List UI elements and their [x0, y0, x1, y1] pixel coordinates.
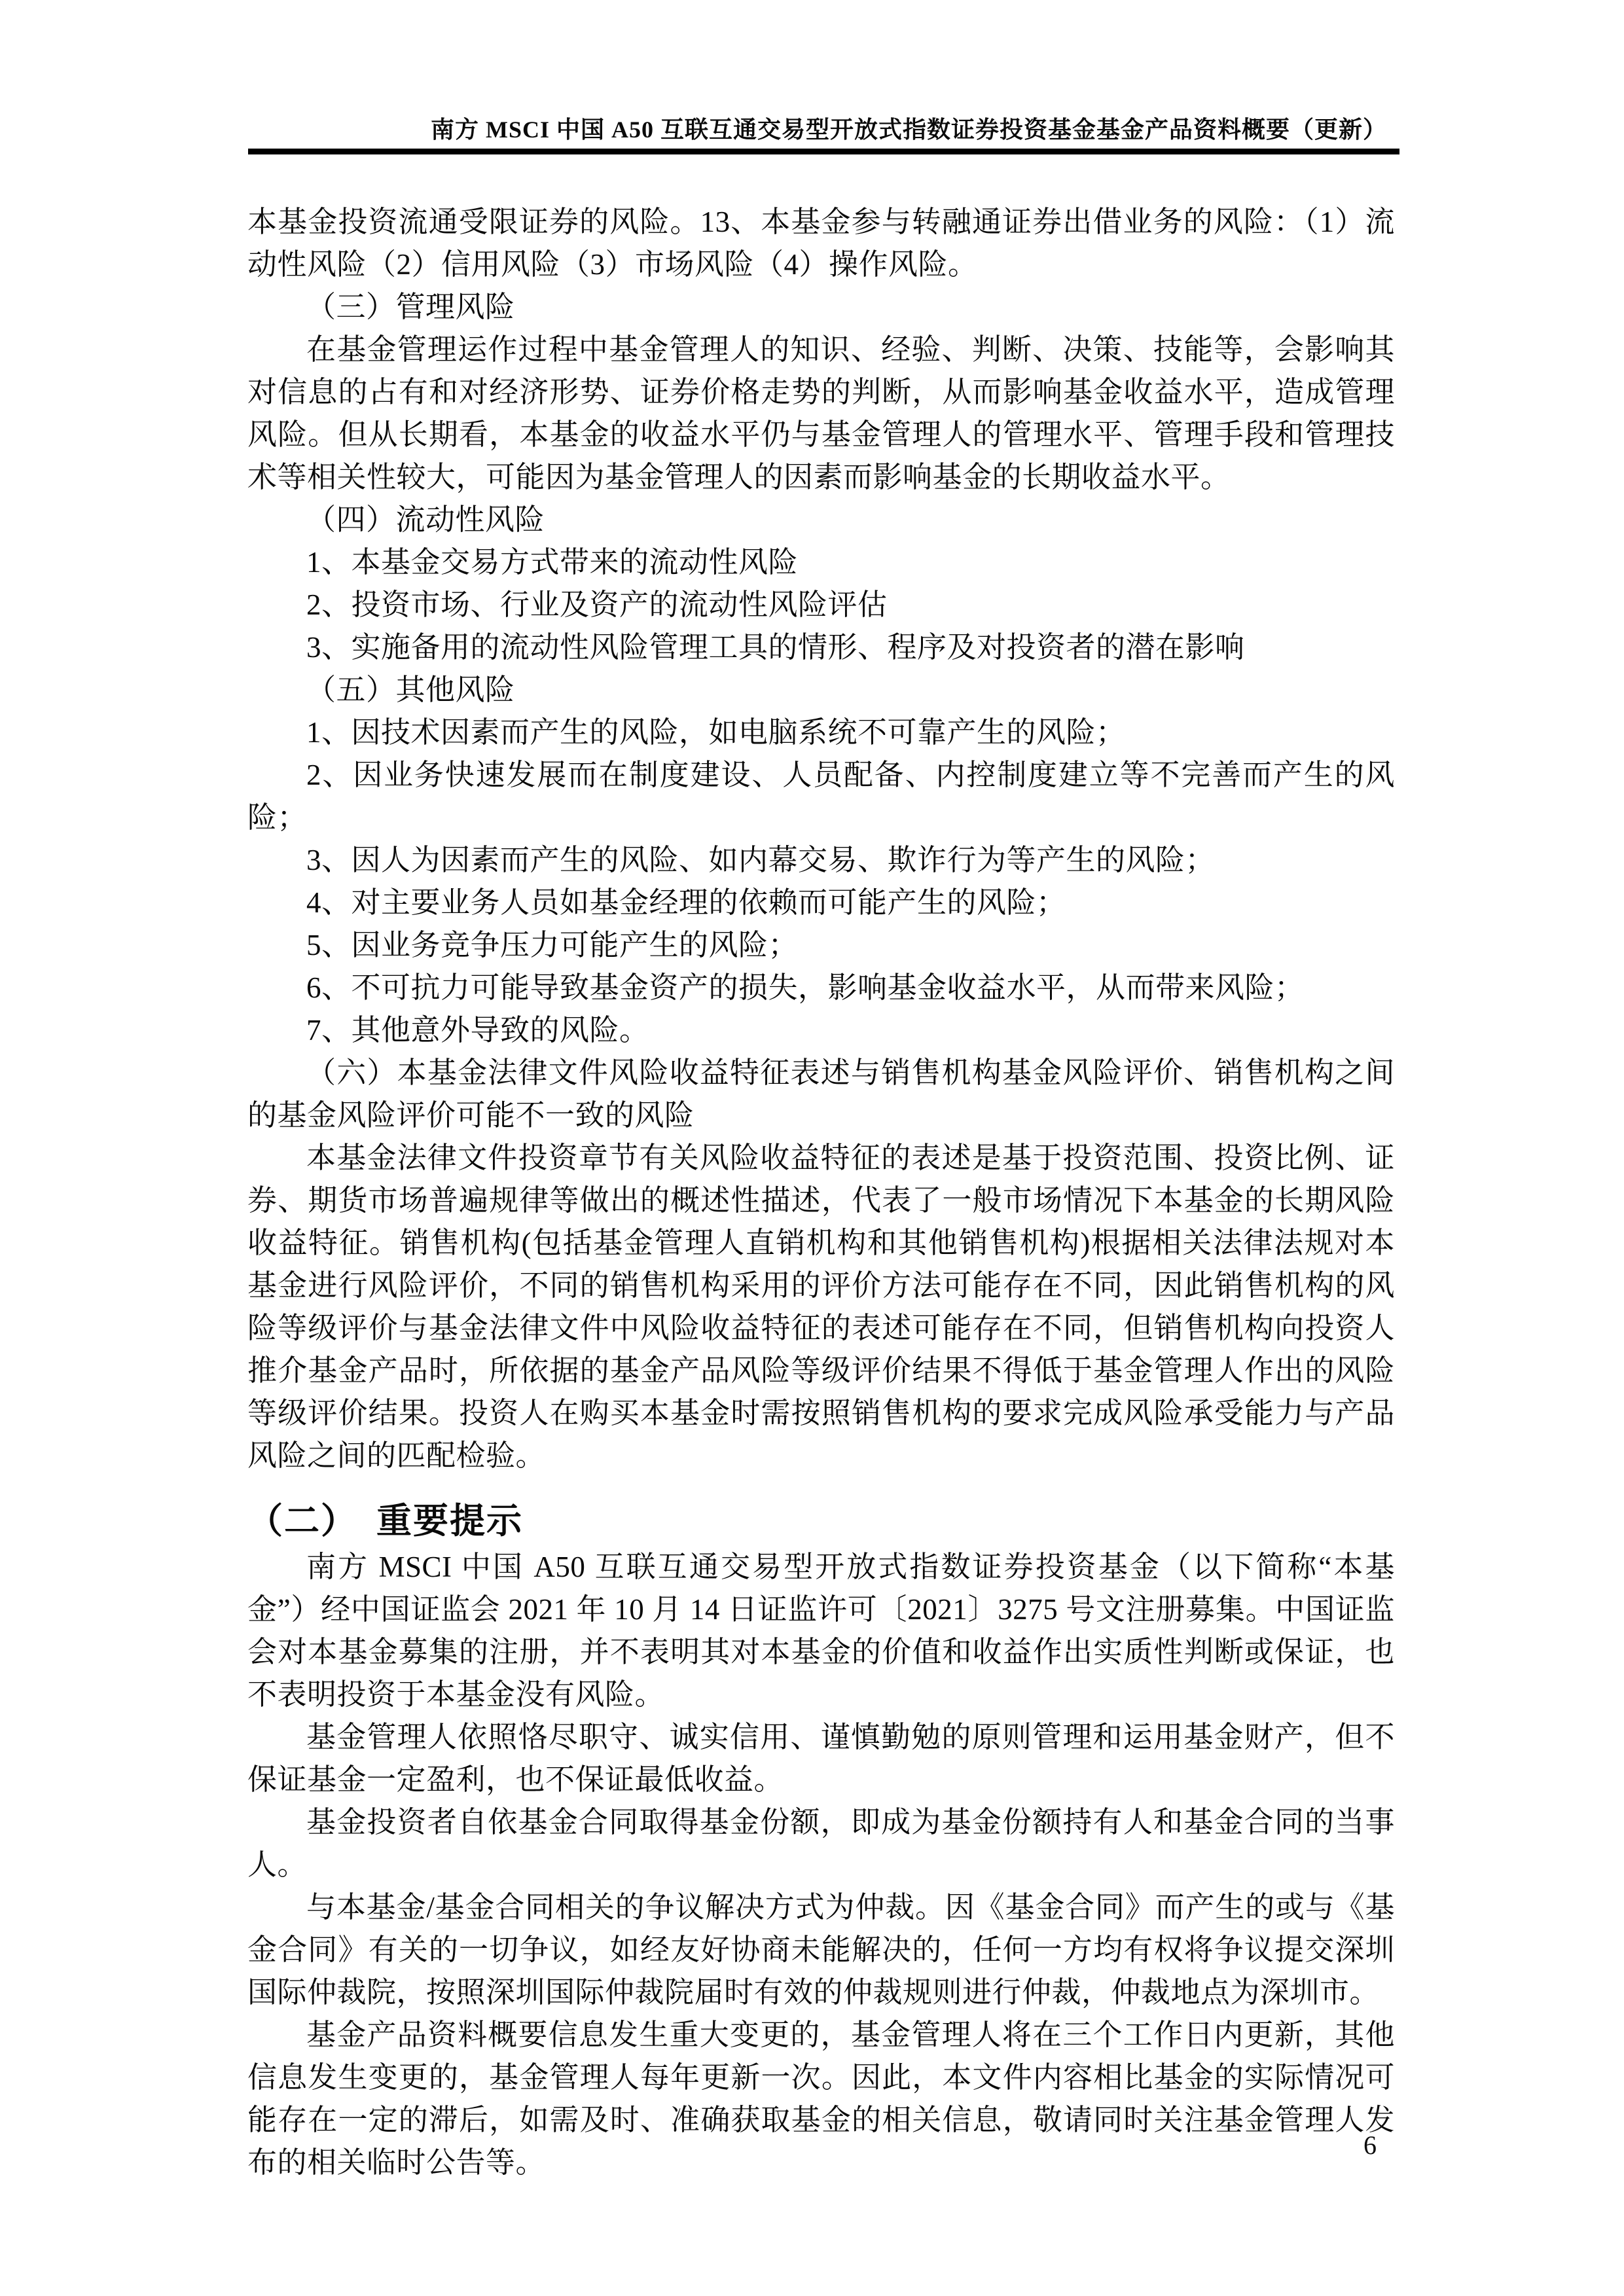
list-item: 3、因人为因素而产生的风险、如内幕交易、欺诈行为等产生的风险； [247, 839, 1395, 882]
body-paragraph: 基金投资者自依基金合同取得基金份额，即成为基金份额持有人和基金合同的当事人。 [247, 1801, 1395, 1886]
body-paragraph-continuation: 本基金投资流通受限证券的风险。13、本基金参与转融通证券出借业务的风险：（1）流… [247, 201, 1395, 286]
subheading-risk-3: （三）管理风险 [247, 286, 1395, 329]
list-item: 2、投资市场、行业及资产的流动性风险评估 [247, 584, 1395, 626]
list-item: 3、实施备用的流动性风险管理工具的情形、程序及对投资者的潜在影响 [247, 626, 1395, 669]
subheading-risk-4: （四）流动性风险 [247, 499, 1395, 541]
list-item: 1、本基金交易方式带来的流动性风险 [247, 541, 1395, 584]
list-item: 5、因业务竞争压力可能产生的风险； [247, 924, 1395, 967]
section-heading-important-notice: （二） 重要提示 [247, 1497, 1395, 1546]
list-item: 2、因业务快速发展而在制度建设、人员配备、内控制度建立等不完善而产生的风险； [247, 754, 1395, 839]
header-divider-rule [248, 149, 1399, 154]
list-item: 6、不可抗力可能导致基金资产的损失，影响基金收益水平，从而带来风险； [247, 967, 1395, 1009]
body-paragraph: 本基金法律文件投资章节有关风险收益特征的表述是基于投资范围、投资比例、证券、期货… [247, 1137, 1395, 1477]
subheading-risk-5: （五）其他风险 [247, 669, 1395, 711]
list-item: 7、其他意外导致的风险。 [247, 1009, 1395, 1052]
list-item: 1、因技术因素而产生的风险，如电脑系统不可靠产生的风险； [247, 711, 1395, 754]
body-paragraph: 基金管理人依照恪尽职守、诚实信用、谨慎勤勉的原则管理和运用基金财产，但不保证基金… [247, 1716, 1395, 1801]
document-header-title: 南方 MSCI 中国 A50 互联互通交易型开放式指数证券投资基金基金产品资料概… [248, 113, 1387, 147]
body-paragraph: 南方 MSCI 中国 A50 互联互通交易型开放式指数证券投资基金（以下简称“本… [247, 1546, 1395, 1716]
body-paragraph: 与本基金/基金合同相关的争议解决方式为仲裁。因《基金合同》而产生的或与《基金合同… [247, 1886, 1395, 2014]
page-number: 6 [247, 2130, 1395, 2161]
document-body: 本基金投资流通受限证券的风险。13、本基金参与转融通证券出借业务的风险：（1）流… [247, 201, 1395, 2184]
subheading-risk-6: （六）本基金法律文件风险收益特征表述与销售机构基金风险评价、销售机构之间的基金风… [247, 1052, 1395, 1137]
list-item: 4、对主要业务人员如基金经理的依赖而可能产生的风险； [247, 882, 1395, 924]
document-page: 南方 MSCI 中国 A50 互联互通交易型开放式指数证券投资基金基金产品资料概… [0, 0, 1624, 2296]
body-paragraph: 在基金管理运作过程中基金管理人的知识、经验、判断、决策、技能等，会影响其对信息的… [247, 329, 1395, 499]
